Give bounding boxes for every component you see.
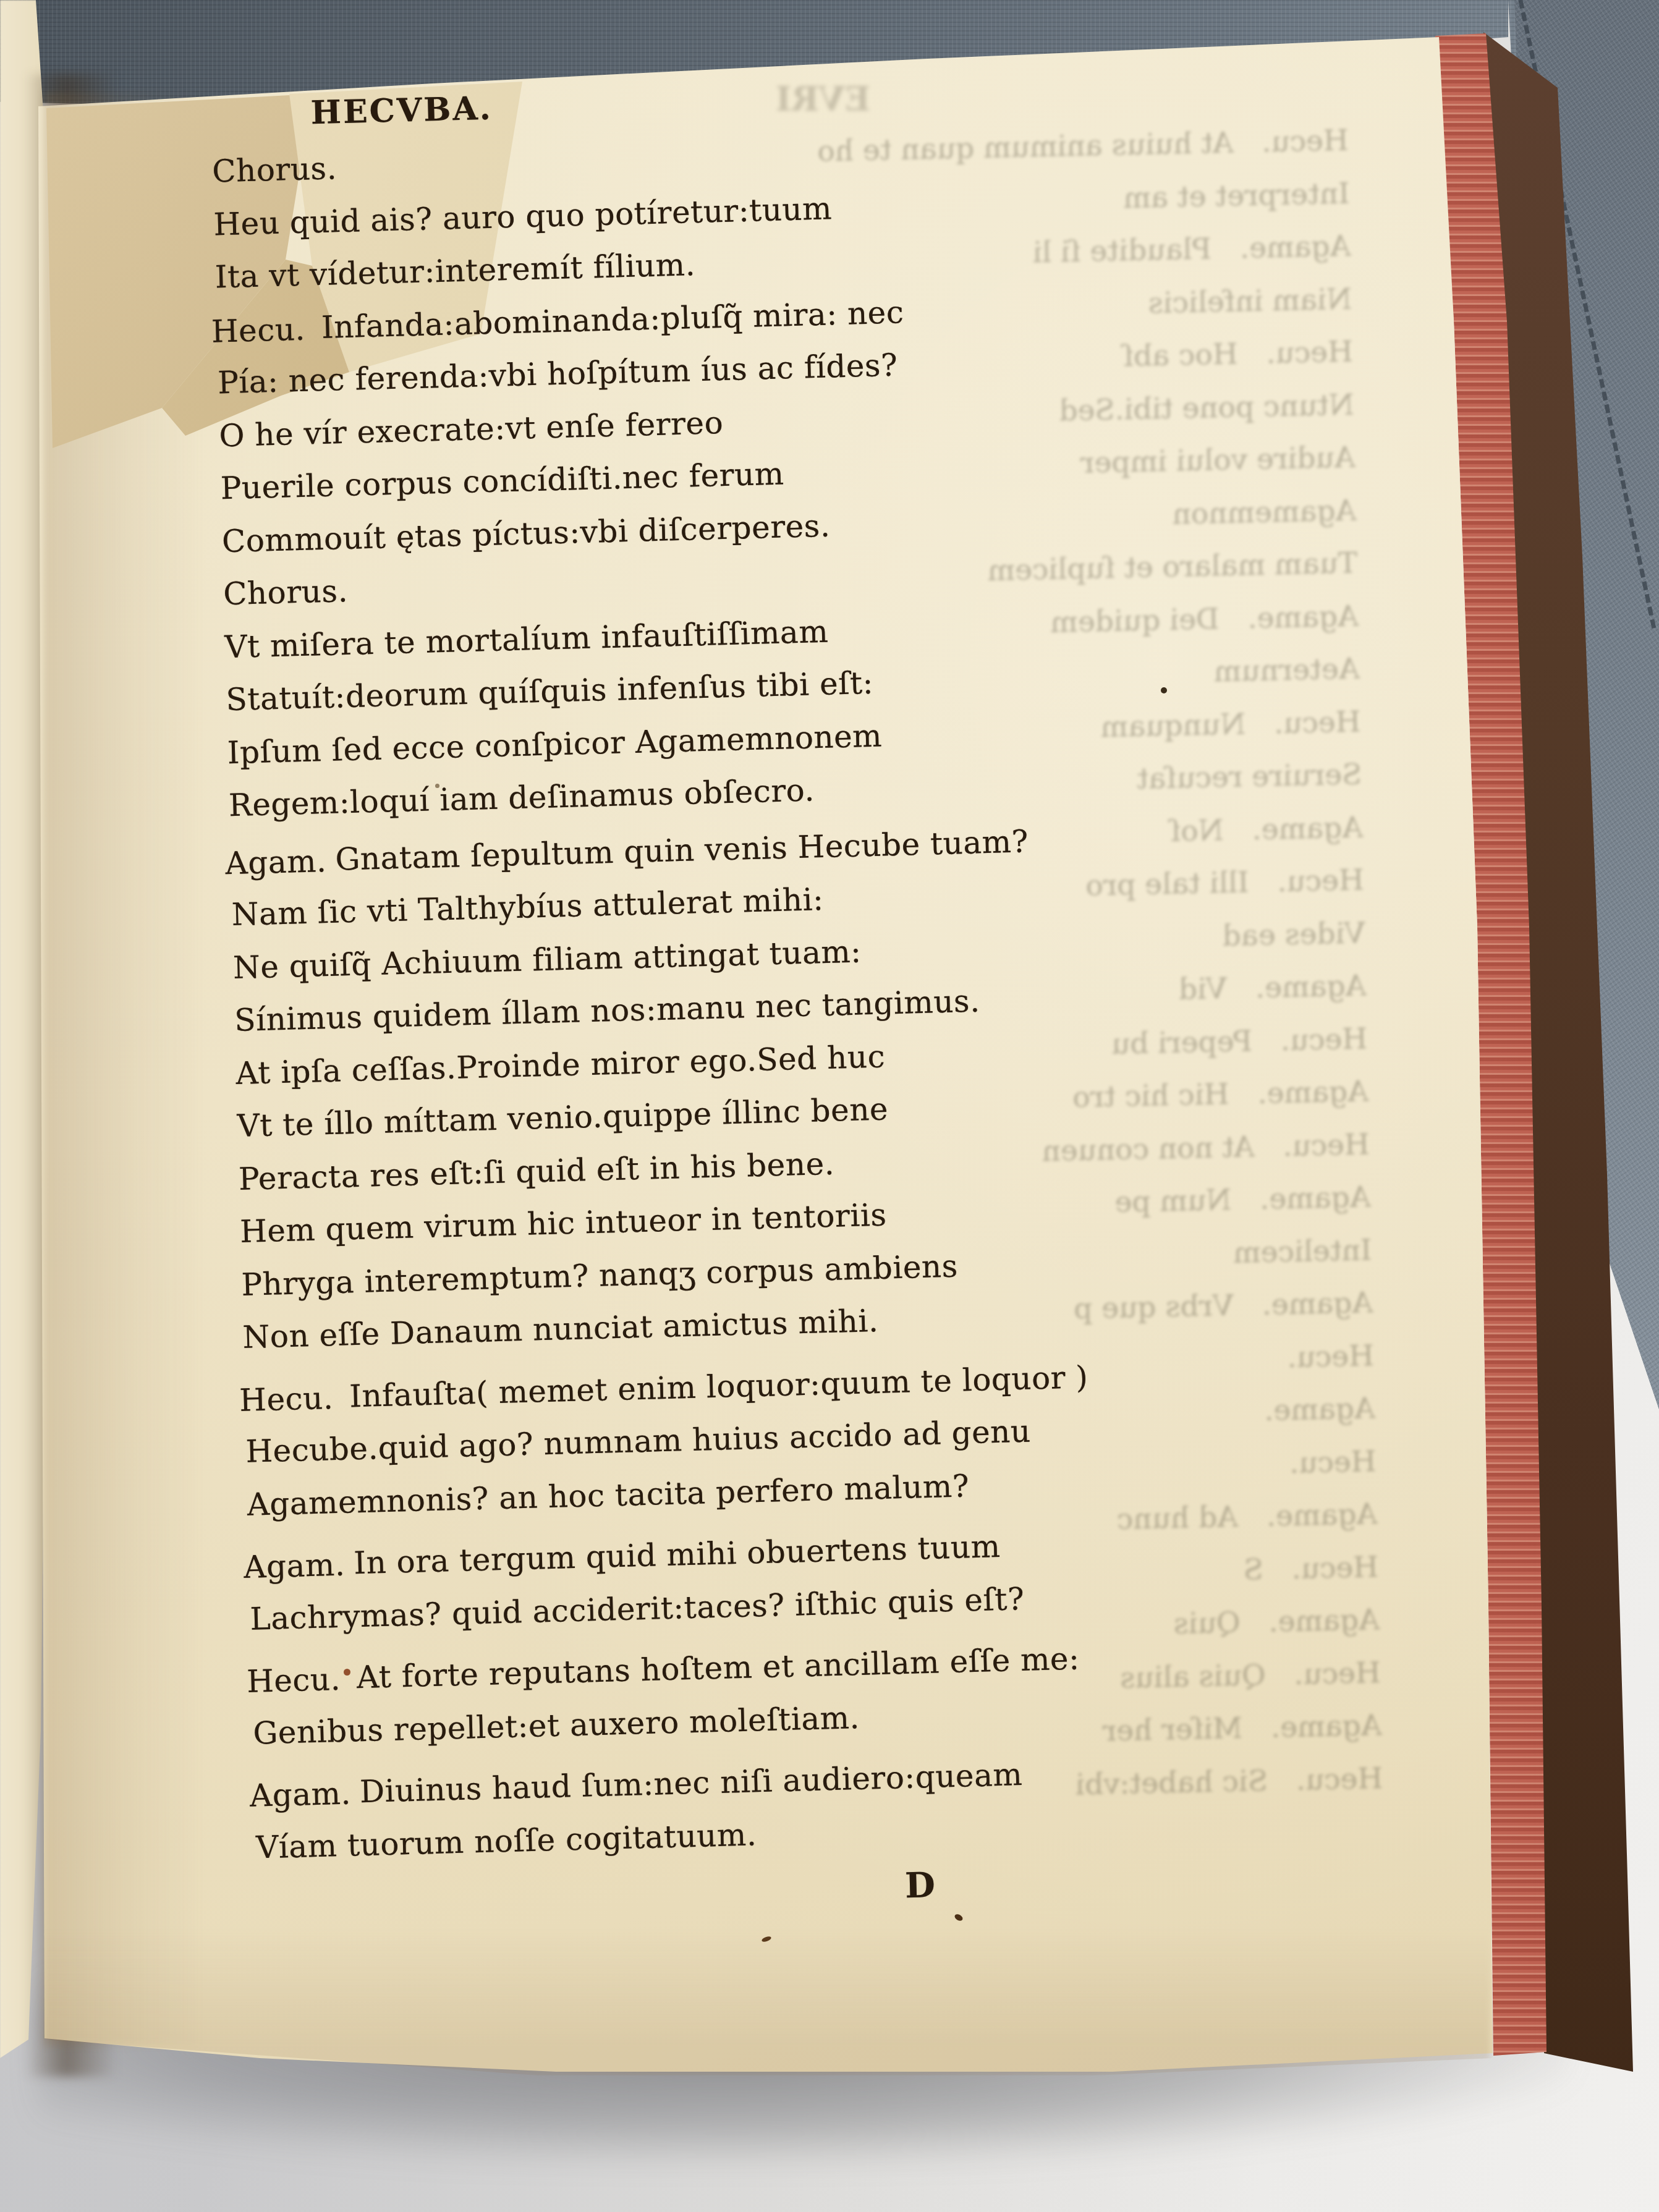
speaker-label: Hecu. [239, 1380, 334, 1418]
verse-text: Chorus. [212, 150, 337, 189]
book-photo-scene: EVRI Hecu.At huius animum quan te hoInte… [0, 0, 1659, 2212]
verse-text: At forte reputans hoſtem et ancillam eſſ… [356, 1641, 1080, 1696]
verse-text: In ora tergum quid mihi obuertens tuum [354, 1528, 1001, 1581]
verse-text: Chorus. [223, 573, 348, 612]
speaker-label: Hecu. [211, 311, 305, 349]
paper-fleck [435, 784, 439, 788]
speaker-label: Agam. [244, 1547, 346, 1585]
rust-stain [344, 1669, 350, 1676]
printed-text-block: HECVBA. Chorus.Heu quid ais? auro quo po… [210, 67, 1383, 1938]
verse-lines: Chorus.Heu quid ais? auro quo potíretur:… [212, 124, 1382, 1883]
ink-speck [1161, 687, 1167, 693]
speaker-label: Agam. [225, 843, 327, 881]
verse-text: Diuinus haud ſum:nec niſi audiero:queam [359, 1756, 1023, 1810]
speaker-label: Agam. [249, 1776, 351, 1814]
verse-text: Infauſta( memet enim loquor:quum te loqu… [349, 1359, 1088, 1414]
speaker-label: Hecu. [246, 1661, 341, 1700]
page-bottom-shade [43, 1928, 1490, 2077]
